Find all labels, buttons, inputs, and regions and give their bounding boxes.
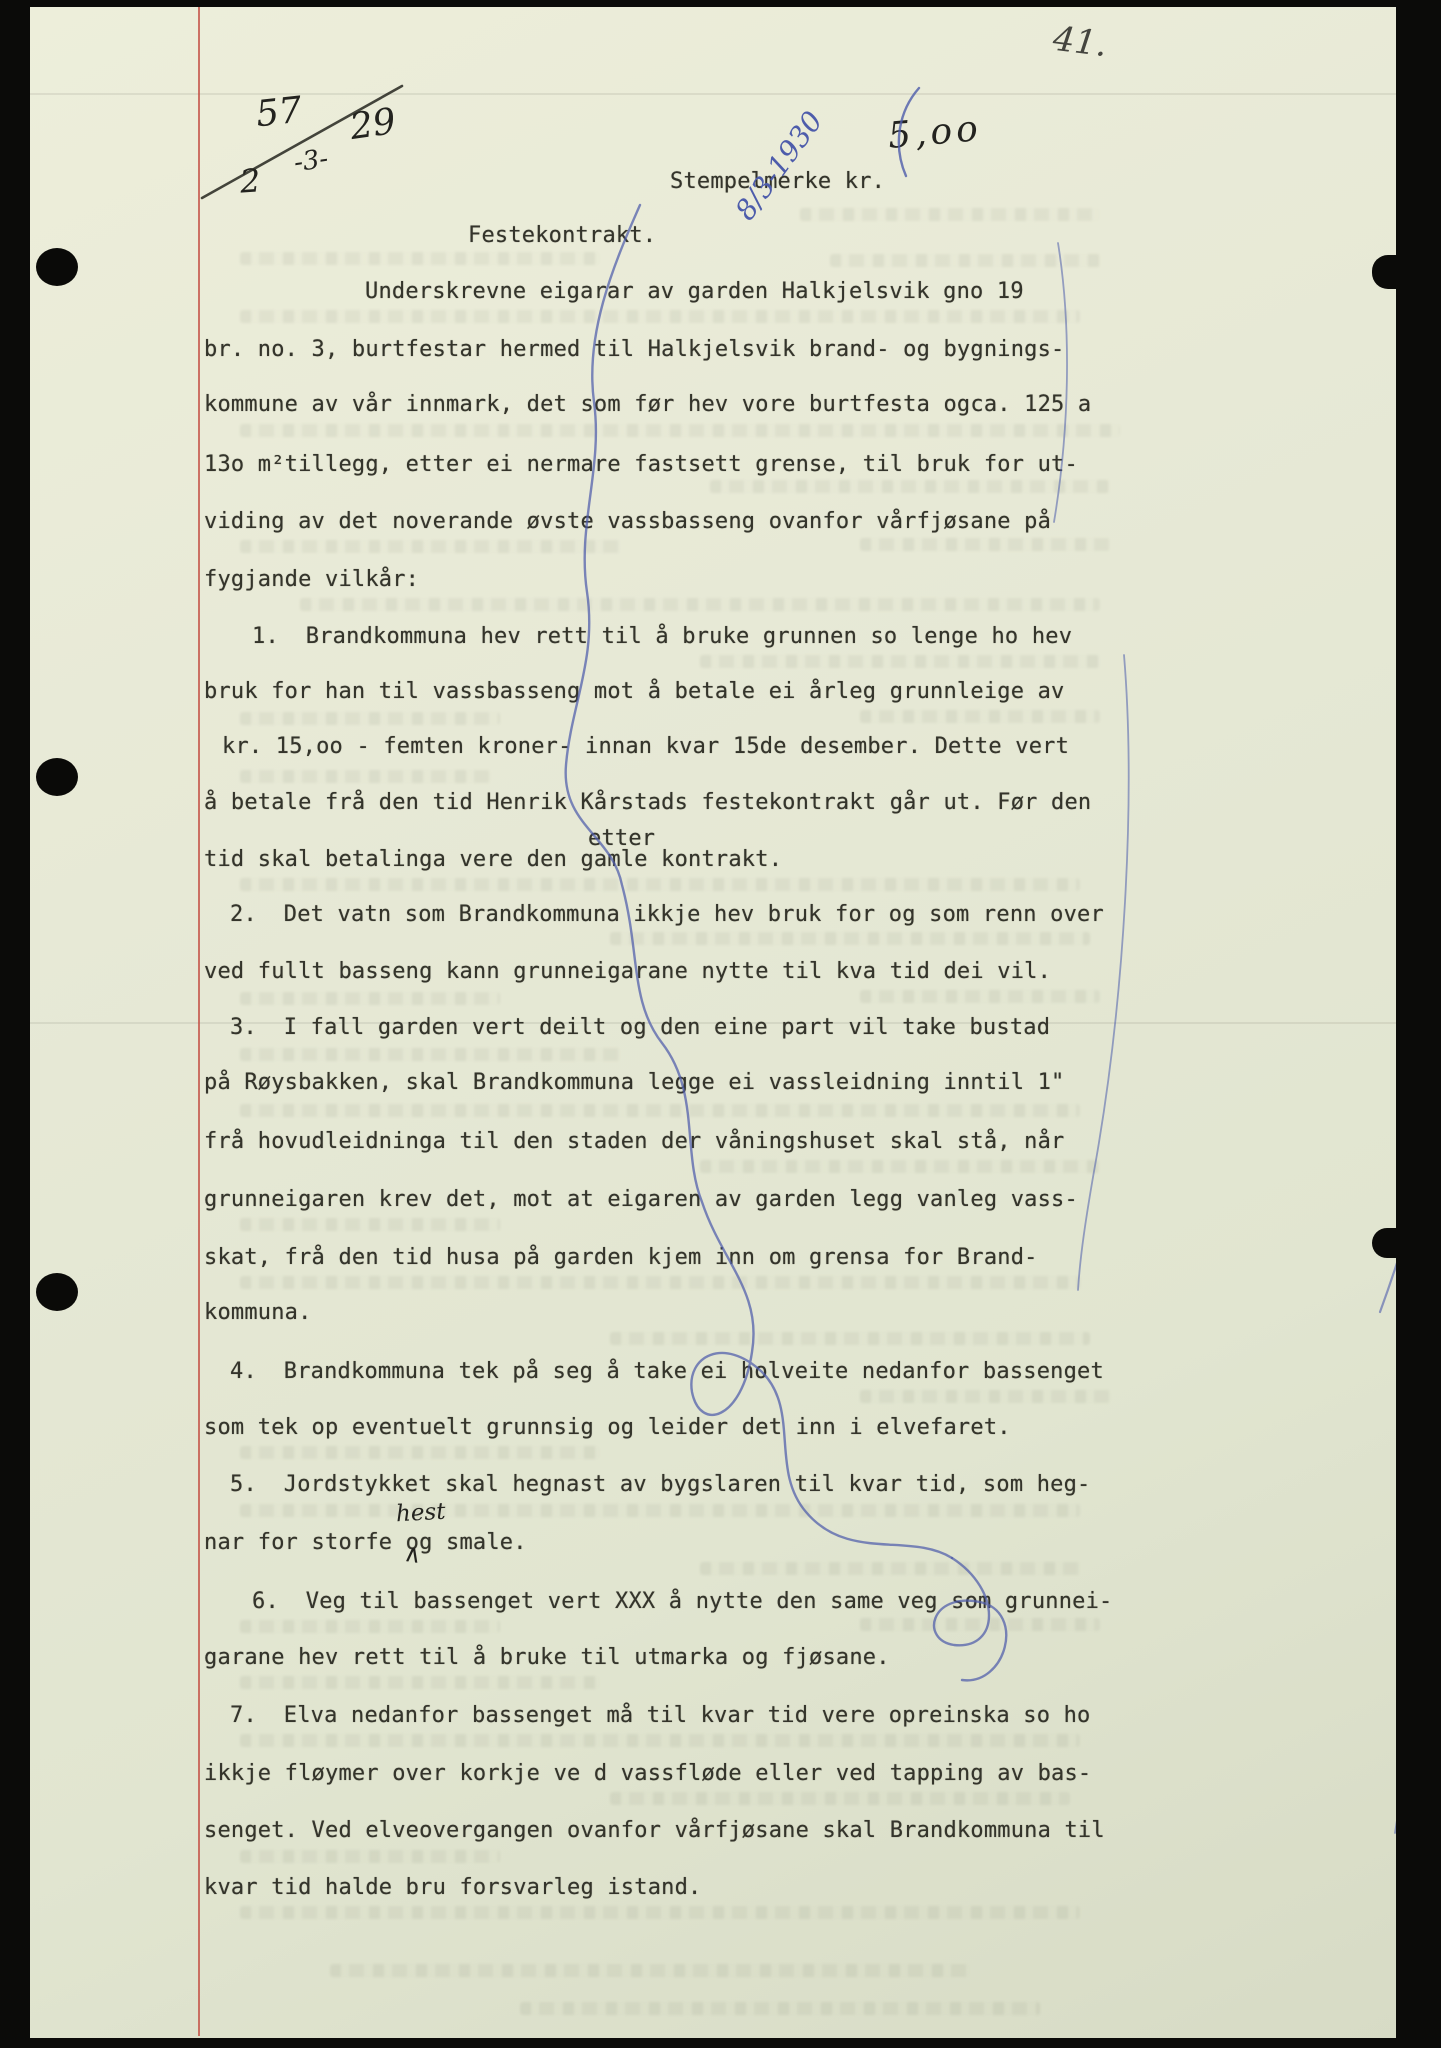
punch-hole bbox=[36, 1273, 78, 1311]
binding-shadow bbox=[1372, 1228, 1441, 1258]
bleedthrough-strip bbox=[240, 252, 600, 265]
typed-line: tid skal betalinga vere den gamle kontra… bbox=[204, 848, 782, 872]
typed-line: senget. Ved elveovergangen ovanfor vårfj… bbox=[204, 1819, 1105, 1843]
bleedthrough-strip bbox=[240, 1734, 1080, 1747]
typed-line: 4. Brandkommuna tek på seg å take ei hol… bbox=[230, 1360, 1104, 1384]
bleedthrough-strip bbox=[240, 1620, 500, 1633]
typed-line: 6. Veg til bassenget vert XXX å nytte de… bbox=[252, 1590, 1113, 1614]
insert-hest-note: hest bbox=[395, 1499, 446, 1528]
bleedthrough-strip bbox=[240, 1446, 600, 1459]
bleedthrough-strip bbox=[860, 990, 1100, 1003]
bleedthrough-strip bbox=[860, 1390, 1110, 1403]
corner-note-29: 29 bbox=[347, 101, 398, 148]
paper-crease bbox=[30, 93, 1396, 95]
page-number: 41. bbox=[1051, 19, 1110, 65]
bleedthrough-strip bbox=[860, 538, 1110, 551]
scan-edge-bottom bbox=[0, 2038, 1441, 2048]
corner-note-3: -3- bbox=[292, 144, 330, 178]
bleedthrough-strip bbox=[240, 770, 490, 783]
binding-shadow bbox=[1372, 255, 1441, 289]
bleedthrough-strip bbox=[860, 1618, 1100, 1631]
typed-line: 5. Jordstykket skal hegnast av bygslaren… bbox=[230, 1473, 1091, 1497]
bleedthrough-strip bbox=[240, 992, 500, 1005]
typed-line: viding av det noverande øvste vassbassen… bbox=[204, 510, 1051, 534]
bleedthrough-strip bbox=[240, 1850, 500, 1863]
bleedthrough-strip bbox=[240, 1048, 620, 1061]
bleedthrough-strip bbox=[240, 424, 1120, 437]
scanned-document: Stempelmerke kr.Festekontrakt.Underskrev… bbox=[0, 0, 1441, 2048]
bleedthrough-strip bbox=[520, 2002, 1040, 2015]
bleedthrough-strip bbox=[300, 598, 1100, 611]
bleedthrough-strip bbox=[240, 1104, 1080, 1117]
bleedthrough-strip bbox=[240, 1906, 1080, 1919]
typed-line: ikkje fløymer over korkje ve d vassfløde… bbox=[204, 1762, 1091, 1786]
typed-line: Underskrevne eigarar av garden Halkjelsv… bbox=[365, 280, 1024, 304]
bleedthrough-strip bbox=[240, 1676, 600, 1689]
scan-edge-right bbox=[1396, 0, 1441, 2048]
bleedthrough-strip bbox=[610, 1332, 1090, 1345]
corner-note-2: 2 bbox=[239, 161, 262, 200]
punch-hole bbox=[36, 248, 78, 286]
typed-line: fygjande vilkår: bbox=[204, 568, 419, 592]
typed-line: nar for storfe og smale. bbox=[204, 1531, 527, 1555]
typed-line: kvar tid halde bru forsvarleg istand. bbox=[204, 1876, 701, 1900]
bleedthrough-strip bbox=[240, 1504, 1080, 1517]
typed-line: som tek op eventuelt grunnsig og leider … bbox=[204, 1416, 1011, 1440]
typed-line: 7. Elva nedanfor bassenget må til kvar t… bbox=[230, 1704, 1091, 1728]
bleedthrough-strip bbox=[830, 254, 1100, 267]
bleedthrough-strip bbox=[860, 710, 1100, 723]
typed-line: kommuna. bbox=[204, 1301, 312, 1325]
margin-rule bbox=[198, 0, 200, 2036]
bleedthrough-strip bbox=[240, 1276, 1080, 1289]
bleedthrough-strip bbox=[240, 878, 1080, 891]
stamp-amount-handwritten: 5,oo bbox=[886, 108, 983, 157]
typed-line: på Røysbakken, skal Brandkommuna legge e… bbox=[204, 1071, 1065, 1095]
typed-line: kr. 15,oo - femten kroner- innan kvar 15… bbox=[222, 735, 1069, 759]
typed-line: skat, frå den tid husa på garden kjem in… bbox=[204, 1246, 1038, 1270]
typed-line: frå hovudleidninga til den staden der vå… bbox=[204, 1130, 1065, 1154]
bleedthrough-strip bbox=[800, 208, 1100, 221]
punch-hole bbox=[36, 758, 78, 796]
typed-line: grunneigaren krev det, mot at eigaren av… bbox=[204, 1188, 1078, 1212]
bleedthrough-strip bbox=[700, 1562, 1080, 1575]
typed-line: 2. Det vatn som Brandkommuna ikkje hev b… bbox=[230, 903, 1104, 927]
corner-note-57: 57 bbox=[254, 90, 304, 136]
typed-line: br. no. 3, burtfestar hermed til Halkjel… bbox=[204, 338, 1065, 362]
bleedthrough-strip bbox=[610, 932, 1090, 945]
scan-edge-top bbox=[0, 0, 1441, 7]
bleedthrough-strip bbox=[240, 1218, 500, 1231]
typed-line: 13o m²tillegg, etter ei nermare fastsett… bbox=[204, 453, 1078, 477]
typed-line: kommune av vår innmark, det som før hev … bbox=[204, 393, 1091, 417]
typed-line: Festekontrakt. bbox=[468, 224, 656, 248]
typed-line: bruk for han til vassbasseng mot å betal… bbox=[204, 680, 1065, 704]
typed-line: å betale frå den tid Henrik Kårstads fes… bbox=[204, 791, 1091, 815]
typed-line: garane hev rett til å bruke til utmarka … bbox=[204, 1646, 890, 1670]
bleedthrough-strip bbox=[330, 1964, 970, 1977]
typed-line: 3. I fall garden vert deilt og den eine … bbox=[230, 1016, 1050, 1040]
bleedthrough-strip bbox=[710, 480, 1110, 493]
bleedthrough-strip bbox=[700, 1160, 1100, 1173]
bleedthrough-strip bbox=[610, 1792, 1070, 1805]
bleedthrough-strip bbox=[700, 655, 1100, 668]
bleedthrough-strip bbox=[240, 540, 620, 553]
typed-line: ved fullt basseng kann grunneigarane nyt… bbox=[204, 960, 1051, 984]
bleedthrough-strip bbox=[240, 712, 500, 725]
typed-line: 1. Brandkommuna hev rett til å bruke gru… bbox=[252, 625, 1072, 649]
scan-edge-left bbox=[0, 0, 30, 2048]
bleedthrough-strip bbox=[240, 310, 1080, 323]
